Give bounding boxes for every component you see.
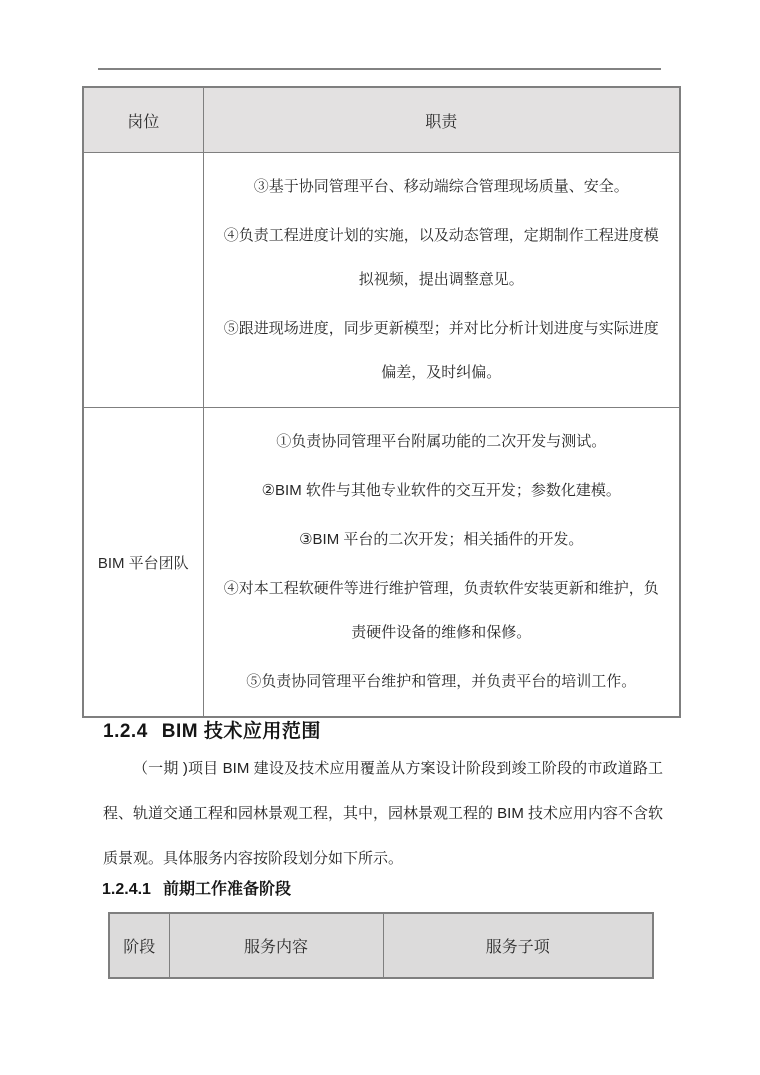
position-cell-empty bbox=[83, 153, 203, 408]
duty-table: 岗位 职责 ③基于协同管理平台、移动端综合管理现场质量、安全。 ④负责工程进度计… bbox=[82, 86, 681, 718]
duty-cell: ①负责协同管理平台附属功能的二次开发与测试。 ②BIM 软件与其他专业软件的交互… bbox=[203, 408, 680, 718]
phase-table: 阶段 服务内容 服务子项 bbox=[108, 912, 654, 979]
duty-item: ⑤负责协同管理平台维护和管理，并负责平台的培训工作。 bbox=[218, 660, 666, 704]
duty-item: ③基于协同管理平台、移动端综合管理现场质量、安全。 bbox=[218, 165, 666, 209]
subsection-heading: 1.2.4.1前期工作准备阶段 bbox=[102, 876, 291, 899]
duty-table-header-duty: 职责 bbox=[203, 87, 680, 153]
subsection-title: 前期工作准备阶段 bbox=[163, 881, 291, 898]
section-number: 1.2.4 bbox=[103, 721, 148, 742]
table-row: ③基于协同管理平台、移动端综合管理现场质量、安全。 ④负责工程进度计划的实施，以… bbox=[83, 153, 680, 408]
duty-item: ④负责工程进度计划的实施，以及动态管理，定期制作工程进度模拟视频，提出调整意见。 bbox=[218, 214, 666, 302]
phase-table-header-service-subitem: 服务子项 bbox=[383, 913, 653, 978]
section-paragraph: （一期 )项目 BIM 建设及技术应用覆盖从方案设计阶段到竣工阶段的市政道路工程… bbox=[103, 746, 663, 881]
section-title: BIM 技术应用范围 bbox=[162, 721, 321, 742]
duty-table-header-row: 岗位 职责 bbox=[83, 87, 680, 153]
phase-table-header-service-content: 服务内容 bbox=[169, 913, 383, 978]
subsection-number: 1.2.4.1 bbox=[102, 881, 151, 898]
duty-table-header-position: 岗位 bbox=[83, 87, 203, 153]
duty-cell: ③基于协同管理平台、移动端综合管理现场质量、安全。 ④负责工程进度计划的实施，以… bbox=[203, 153, 680, 408]
header-separator-rule bbox=[98, 68, 661, 70]
duty-item: ⑤跟进现场进度，同步更新模型；并对比分析计划进度与实际进度偏差，及时纠偏。 bbox=[218, 307, 666, 395]
duty-item: ①负责协同管理平台附属功能的二次开发与测试。 bbox=[218, 420, 666, 464]
phase-table-header-stage: 阶段 bbox=[109, 913, 169, 978]
position-cell-bim-platform-team: BIM 平台团队 bbox=[83, 408, 203, 718]
table-row: BIM 平台团队 ①负责协同管理平台附属功能的二次开发与测试。 ②BIM 软件与… bbox=[83, 408, 680, 718]
duty-item: ③BIM 平台的二次开发；相关插件的开发。 bbox=[218, 518, 666, 562]
phase-table-header-row: 阶段 服务内容 服务子项 bbox=[109, 913, 653, 978]
section-heading: 1.2.4BIM 技术应用范围 bbox=[103, 716, 321, 743]
duty-item: ②BIM 软件与其他专业软件的交互开发；参数化建模。 bbox=[218, 469, 666, 513]
duty-item: ④对本工程软硬件等进行维护管理，负责软件安装更新和维护，负责硬件设备的维修和保修… bbox=[218, 567, 666, 655]
